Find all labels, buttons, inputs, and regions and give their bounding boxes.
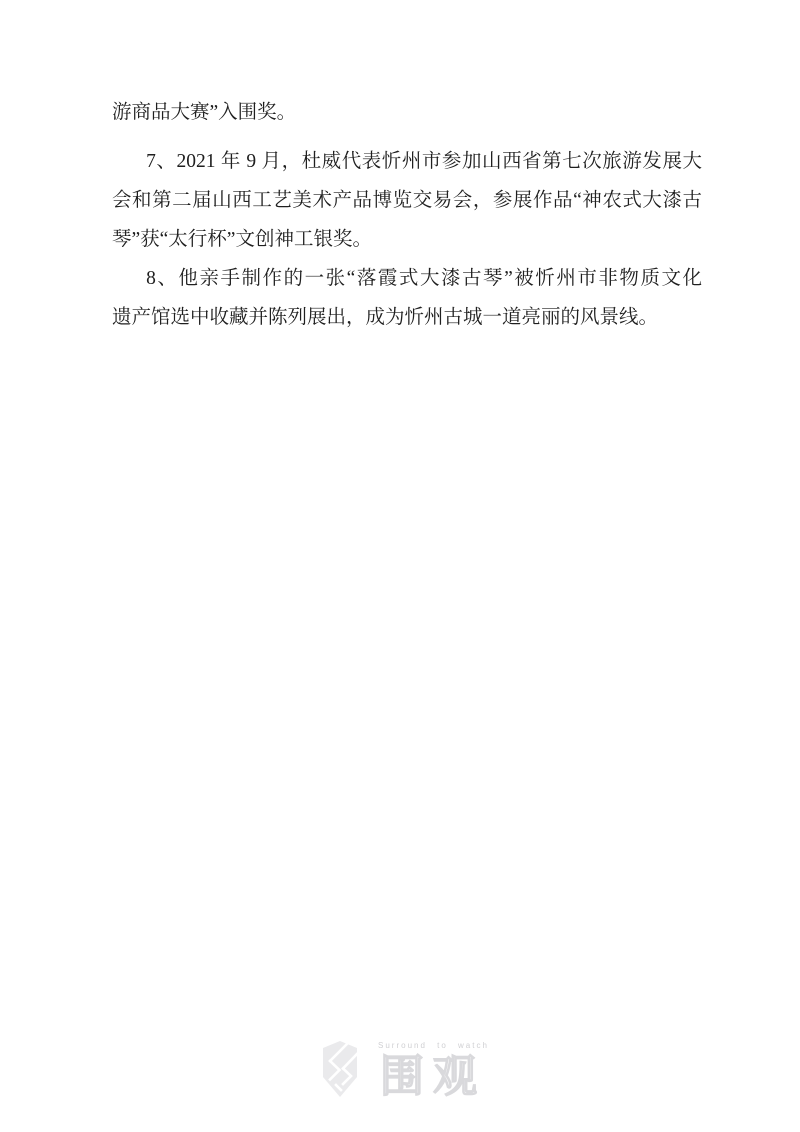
weiguan-brand-text: 围观: [380, 1055, 489, 1099]
document-page: 游商品大赛”入围奖。 7、2021 年 9 月，杜威代表忻州市参加山西省第七次旅…: [0, 0, 800, 1132]
paragraph: 7、2021 年 9 月，杜威代表忻州市参加山西省第七次旅游发展大 会和第二届山…: [112, 142, 702, 259]
text-line: 遗产馆选中收藏并陈列展出，成为忻州古城一道亮丽的风景线。: [112, 298, 702, 337]
watermark-text-group: Surround to watch 围观: [378, 1040, 489, 1099]
document-body: 游商品大赛”入围奖。 7、2021 年 9 月，杜威代表忻州市参加山西省第七次旅…: [112, 93, 702, 337]
text-line: 游商品大赛”入围奖。: [112, 93, 702, 132]
text-line: 7、2021 年 9 月，杜威代表忻州市参加山西省第七次旅游发展大: [112, 142, 702, 181]
watermark-tagline: Surround to watch: [378, 1041, 489, 1050]
text-line: 琴”获“太行杯”文创神工银奖。: [112, 220, 702, 259]
weiguan-shield-icon: [322, 1040, 358, 1098]
paragraph: 8、他亲手制作的一张“落霞式大漆古琴”被忻州市非物质文化 遗产馆选中收藏并陈列展…: [112, 259, 702, 337]
paragraph: 游商品大赛”入围奖。: [112, 93, 702, 132]
text-line: 8、他亲手制作的一张“落霞式大漆古琴”被忻州市非物质文化: [112, 259, 702, 298]
text-line: 会和第二届山西工艺美术产品博览交易会，参展作品“神农式大漆古: [112, 181, 702, 220]
weiguan-watermark: Surround to watch 围观: [322, 1040, 489, 1099]
